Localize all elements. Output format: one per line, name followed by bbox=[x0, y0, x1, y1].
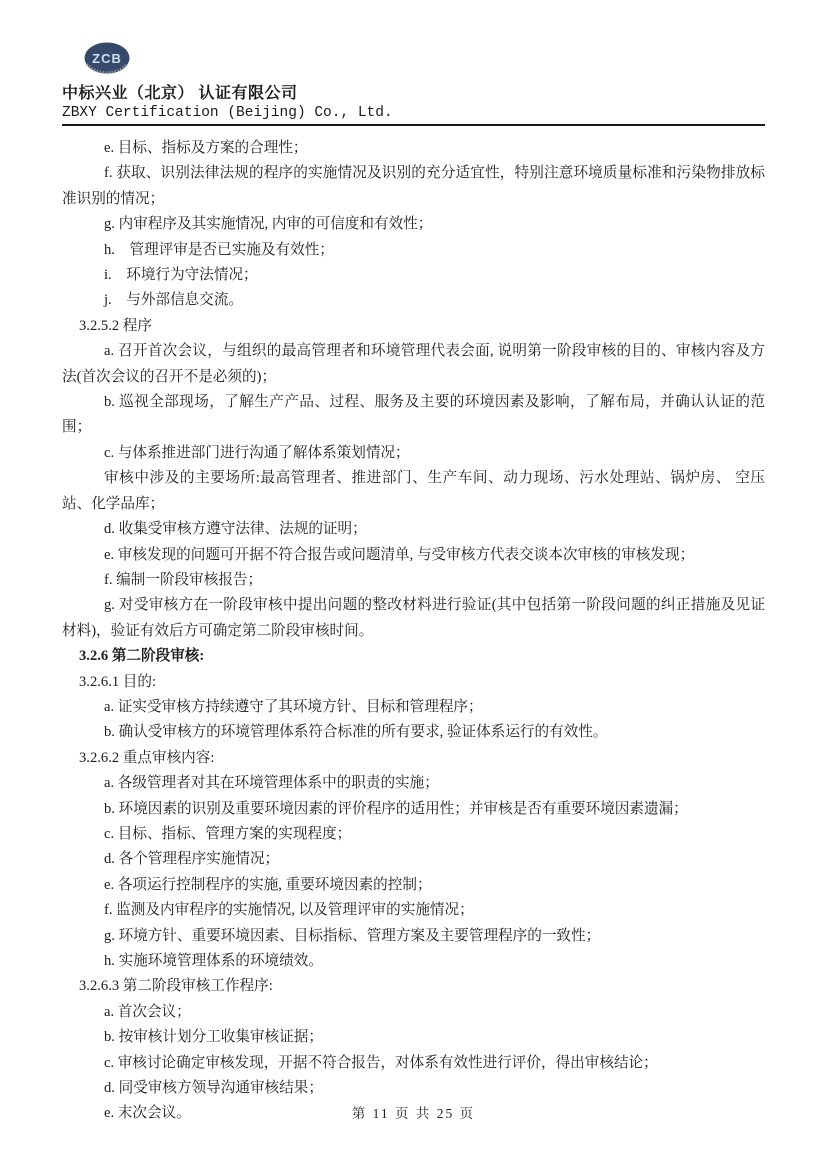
paragraph: a. 各级管理者对其在环境管理体系中的职责的实施； bbox=[62, 771, 765, 796]
paragraph: e. 目标、指标及方案的合理性； bbox=[62, 136, 765, 161]
paragraph: h. 管理评审是否已实施及有效性； bbox=[62, 238, 765, 263]
paragraph: d. 收集受审核方遵守法律、法规的证明； bbox=[62, 517, 765, 542]
paragraph: g. 内审程序及其实施情况, 内审的可信度和有效性； bbox=[62, 212, 765, 237]
page-header: ZCB 中标兴业（北京） 认证有限公司 ZBXY Certification (… bbox=[62, 0, 765, 126]
company-name-en: ZBXY Certification (Beijing) Co., Ltd. bbox=[62, 104, 765, 122]
paragraph: h. 实施环境管理体系的环境绩效。 bbox=[62, 949, 765, 974]
paragraph: a. 证实受审核方持续遵守了其环境方针、目标和管理程序； bbox=[62, 695, 765, 720]
paragraph: a. 召开首次会议，与组织的最高管理者和环境管理代表会面, 说明第一阶段审核的目… bbox=[62, 339, 765, 390]
paragraph: g. 环境方针、重要环境因素、目标指标、管理方案及主要管理程序的一致性； bbox=[62, 924, 765, 949]
paragraph: f. 编制一阶段审核报告； bbox=[62, 568, 765, 593]
paragraph: f. 获取、识别法律法规的程序的实施情况及识别的充分适宜性，特别注意环境质量标准… bbox=[62, 161, 765, 212]
section-heading: 3.2.6.1 目的: bbox=[62, 670, 765, 695]
section-heading: 3.2.6 第二阶段审核: bbox=[62, 644, 765, 669]
paragraph: b. 按审核计划分工收集审核证据； bbox=[62, 1025, 765, 1050]
paragraph: c. 审核讨论确定审核发现，开据不符合报告，对体系有效性进行评价，得出审核结论； bbox=[62, 1051, 765, 1076]
paragraph: b. 确认受审核方的环境管理体系符合标准的所有要求, 验证体系运行的有效性。 bbox=[62, 720, 765, 745]
paragraph: j. 与外部信息交流。 bbox=[62, 288, 765, 313]
section-heading: 3.2.6.3 第二阶段审核工作程序: bbox=[62, 974, 765, 999]
paragraph: g. 对受审核方在一阶段审核中提出问题的整改材料进行验证(其中包括第一阶段问题的… bbox=[62, 593, 765, 644]
paragraph: b. 巡视全部现场，了解生产产品、过程、服务及主要的环境因素及影响，了解布局，并… bbox=[62, 390, 765, 441]
section-heading: 3.2.6.2 重点审核内容: bbox=[62, 746, 765, 771]
section-heading: 3.2.5.2 程序 bbox=[62, 314, 765, 339]
paragraph: e. 审核发现的问题可开据不符合报告或问题清单, 与受审核方代表交谈本次审核的审… bbox=[62, 543, 765, 568]
company-logo: ZCB bbox=[79, 26, 135, 84]
paragraph: e. 各项运行控制程序的实施, 重要环境因素的控制； bbox=[62, 873, 765, 898]
document-content: e. 目标、指标及方案的合理性；f. 获取、识别法律法规的程序的实施情况及识别的… bbox=[62, 124, 765, 1127]
document-page: ZCB 中标兴业（北京） 认证有限公司 ZBXY Certification (… bbox=[0, 0, 827, 1170]
paragraph: a. 首次会议； bbox=[62, 1000, 765, 1025]
paragraph: 审核中涉及的主要场所:最高管理者、推进部门、生产车间、动力现场、污水处理站、锅炉… bbox=[62, 466, 765, 517]
page-indicator: 第 11 页 共 25 页 bbox=[352, 1106, 475, 1121]
paragraph: c. 与体系推进部门进行沟通了解体系策划情况； bbox=[62, 441, 765, 466]
company-name-cn: 中标兴业（北京） 认证有限公司 bbox=[62, 84, 765, 104]
logo-text: ZCB bbox=[92, 51, 122, 66]
paragraph: b. 环境因素的识别及重要环境因素的评价程序的适用性；并审核是否有重要环境因素遗… bbox=[62, 797, 765, 822]
paragraph: f. 监测及内审程序的实施情况, 以及管理评审的实施情况； bbox=[62, 898, 765, 923]
paragraph: c. 目标、指标、管理方案的实现程度； bbox=[62, 822, 765, 847]
paragraph: d. 同受审核方领导沟通审核结果； bbox=[62, 1076, 765, 1101]
page-footer: 第 11 页 共 25 页 bbox=[0, 1102, 827, 1122]
paragraph: d. 各个管理程序实施情况； bbox=[62, 847, 765, 872]
paragraph: i. 环境行为守法情况； bbox=[62, 263, 765, 288]
